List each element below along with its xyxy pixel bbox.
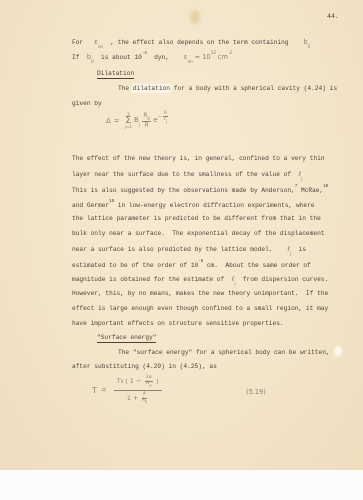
T-symbol: T — [92, 386, 97, 395]
text-line: the lattice parameter is predicted to be… — [72, 215, 321, 223]
text-line: estimated to be of the order of 10-8 cm.… — [72, 260, 311, 270]
typed-text: McRae, — [297, 187, 323, 194]
unit-cm: cm — [216, 53, 228, 61]
text-line: magnitude is obtained for the estimate o… — [72, 275, 328, 287]
fraction-denominator: R0 — [146, 382, 151, 387]
ell-subscript: j — [290, 252, 291, 257]
text-line-intro-2: If b0 is about 10-4 dyn, εnn ≈ 1012 cm-2 — [72, 52, 232, 66]
text-line: The effect of the new theory is, in gene… — [72, 155, 325, 163]
b0-symbol: b0 — [303, 38, 310, 46]
typed-text: estimated to be of the order of 10 — [72, 262, 198, 269]
heading-text: Dilatation — [97, 70, 134, 79]
fraction-numerator: R0 — [142, 113, 151, 122]
b-glyph: b — [303, 38, 307, 46]
text-line: and Germer19 in low-energy electron diff… — [72, 200, 315, 210]
typed-text: If — [72, 54, 87, 61]
text-line: have important effects on structure sens… — [72, 320, 284, 328]
reference-19: 19 — [109, 199, 114, 204]
R-subscript: 0 — [145, 400, 147, 404]
text-line-intro-1: For εnn , the effect also depends on the… — [72, 38, 310, 50]
text-line: given by — [72, 100, 102, 108]
approx-value: ≈ 10 — [193, 53, 211, 61]
fraction-denominator: R — [145, 122, 149, 129]
typed-text: and Germer — [72, 202, 109, 209]
typed-text: from dispersion curves. — [235, 276, 328, 283]
R-subscript: 0 — [149, 384, 151, 388]
R-subscript: 0 — [147, 116, 149, 121]
corrected-word-dilatation: dilatation — [133, 85, 170, 92]
reference-7: 7 — [295, 184, 297, 189]
b-subscript: 0 — [91, 60, 94, 65]
paper-smudge — [190, 10, 200, 24]
text-line: near a surface is also predicted by the … — [72, 245, 306, 257]
typed-text: near a surface is also predicted by the … — [72, 246, 287, 253]
text-line: The "surface energy" for a spherical bod… — [118, 349, 330, 357]
typed-text: For — [72, 39, 94, 46]
b0-symbol: b0 — [87, 53, 94, 61]
B-subscript: j — [139, 123, 140, 128]
section-heading-surface-energy: "Surface energy" — [97, 334, 156, 342]
typed-text: in low-energy electron diffraction exper… — [114, 202, 315, 209]
fraction-2alpha-over-R0: 2αR0 — [145, 376, 153, 388]
coefficient-B: Bj — [134, 116, 140, 126]
fraction-A-over-R0: AR0 — [142, 393, 147, 405]
equation-number: (5.19) — [246, 388, 266, 396]
fraction-denominator: R0 — [142, 399, 147, 404]
typed-text: is — [291, 246, 306, 253]
typed-text: , the effect also depends on the term co… — [103, 39, 304, 46]
fraction-denominator: ℓj — [164, 117, 167, 124]
epsilon-subscript: nn — [98, 45, 103, 50]
exponent-minus8: -8 — [198, 259, 203, 264]
paren-close: ) — [154, 378, 159, 385]
exponent-minus4: -4 — [142, 51, 147, 56]
typed-text: magnitude is obtained for the estimate o… — [72, 276, 232, 283]
text-line: layer near the surface due to the smalln… — [72, 170, 302, 182]
typed-text: layer near the surface due to the smalln… — [72, 171, 299, 178]
correction-fluid-mark — [334, 346, 342, 357]
section-heading-dilatation: Dilatation — [97, 70, 134, 78]
equals-sign: = — [101, 386, 107, 394]
scan-background — [0, 470, 363, 500]
epsilon-subscript: nn — [187, 60, 192, 65]
exponent-minus2: -2 — [228, 51, 232, 56]
typed-text: cm. About the same order of — [203, 262, 311, 269]
text-line: bulk only near a surface. The exponentia… — [72, 230, 325, 238]
reference-10: 10 — [323, 184, 328, 189]
scanned-document: 44. For εnn , the effect also depends on… — [0, 0, 363, 500]
one-plus: 1 + — [127, 395, 140, 402]
fraction-R-over-lj: Rℓj — [163, 111, 169, 124]
fraction-denominator: 1 + AR0 — [127, 391, 149, 405]
text-line: effect is large enough even though confi… — [72, 305, 328, 313]
heading-text: "Surface energy" — [97, 334, 156, 343]
main-fraction: T0 ( 1 − 2αR0 ) 1 + AR0 — [114, 376, 162, 404]
text-line: However, this, by no means, makes the ne… — [72, 290, 328, 298]
b-subscript: 0 — [308, 45, 311, 50]
typed-text: for a body with a spherical cavity (4.24… — [170, 85, 337, 92]
T0-subscript: 0 — [121, 381, 124, 386]
text-line: after substituting (4.29) in (4.25), as — [72, 363, 217, 371]
fraction-R0-over-R: R0R — [142, 113, 151, 129]
paren-open: ( 1 − — [123, 378, 143, 385]
typed-text: This is also suggested by the observatio… — [72, 187, 295, 194]
ell-subscript: j — [301, 177, 302, 182]
ell-subscript: j — [166, 119, 167, 124]
exponential-term: e−Rℓj — [153, 115, 168, 128]
delta-symbol: Δ — [106, 117, 111, 125]
typed-text: The — [118, 85, 133, 92]
ell-j-symbol: ℓj — [299, 170, 303, 178]
epsilon-nn-symbol: εnn — [94, 38, 103, 46]
typed-text: is about 10 — [94, 54, 142, 61]
typed-text: dyn, — [147, 54, 184, 61]
summation-symbol: 3Σj=1 — [125, 113, 132, 129]
equation-surface-energy: T = T0 ( 1 − 2αR0 ) 1 + AR0 — [92, 376, 165, 404]
text-line: This is also suggested by the observatio… — [72, 185, 328, 195]
handwritten-estimate: εnn ≈ 1012 cm-2 — [184, 53, 232, 61]
equation-dilatation: Δ = 3Σj=1 Bj R0R e−Rℓj — [106, 113, 168, 129]
text-line: The dilatation for a body with a spheric… — [118, 85, 337, 93]
equals-sign: = — [114, 117, 120, 125]
minus-sign: − — [158, 115, 162, 120]
fraction-numerator: T0 ( 1 − 2αR0 ) — [114, 376, 162, 391]
sum-lower-limit: j=1 — [125, 125, 132, 129]
exponent: −Rℓj — [158, 111, 169, 124]
page-44-paper: 44. For εnn , the effect also depends on… — [0, 0, 363, 470]
page-number: 44. — [327, 13, 339, 21]
exponent-12: 12 — [211, 51, 216, 56]
